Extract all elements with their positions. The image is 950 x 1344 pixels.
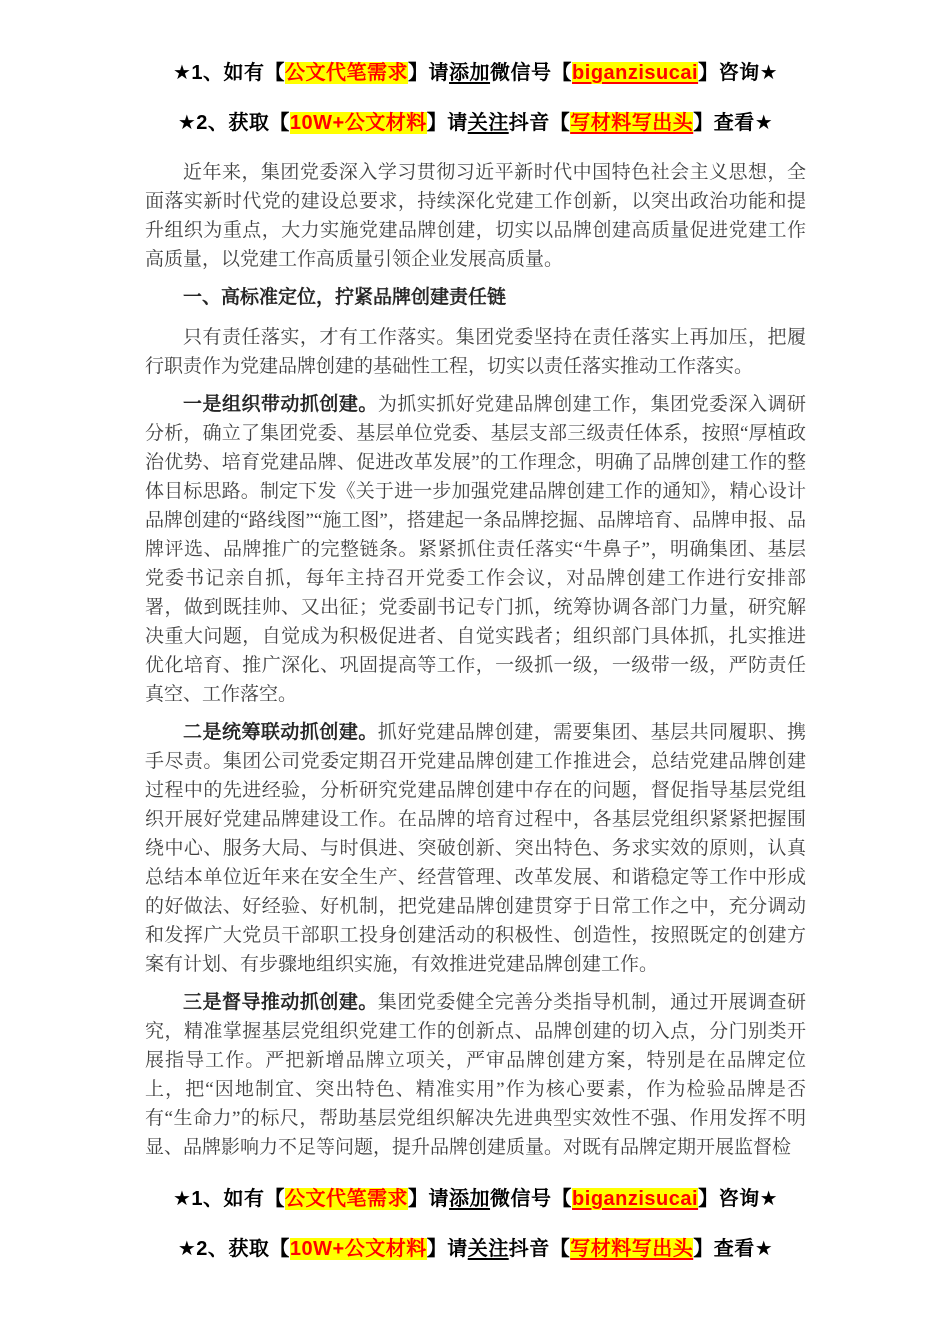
promo-banner-top: ★1、如有【公文代笔需求】请添加微信号【biganzisucai】咨询★ ★2、… bbox=[145, 58, 806, 138]
promo-line-1: ★1、如有【公文代笔需求】请添加微信号【biganzisucai】咨询★ bbox=[145, 1184, 806, 1214]
service-tag-highlight: 公文代笔需求 bbox=[285, 1188, 408, 1210]
paragraph-lead: 二是统筹联动抓创建。 bbox=[183, 722, 378, 743]
paragraph-point-3: 三是督导推动抓创建。集团党委健全完善分类指导机制，通过开展调查研究，精准掌握基层… bbox=[145, 988, 806, 1162]
paragraph-point-2: 二是统筹联动抓创建。抓好党建品牌创建，需要集团、基层共同履职、携手尽责。集团公司… bbox=[145, 718, 806, 979]
promo-text: 】咨询★ bbox=[698, 62, 778, 84]
promo-text: ★1、如有【 bbox=[173, 1188, 285, 1210]
paragraph-text: 集团党委健全完善分类指导机制，通过开展调查研究，精准掌握基层党组织党建工作的创新… bbox=[145, 992, 806, 1158]
paragraph-text: 抓好党建品牌创建，需要集团、基层共同履职、携手尽责。集团公司党委定期召开党建品牌… bbox=[145, 722, 806, 975]
promo-line-1: ★1、如有【公文代笔需求】请添加微信号【biganzisucai】咨询★ bbox=[145, 58, 806, 88]
paragraph-text: 近年来，集团党委深入学习贯彻习近平新时代中国特色社会主义思想，全面落实新时代党的… bbox=[145, 162, 806, 270]
add-action-underlined: 添加 bbox=[449, 1188, 490, 1210]
paragraph: 只有责任落实，才有工作落实。集团党委坚持在责任落实上再加压，把履行职责作为党建品… bbox=[145, 323, 806, 381]
document-page: ★1、如有【公文代笔需求】请添加微信号【biganzisucai】咨询★ ★2、… bbox=[0, 0, 950, 1344]
promo-text: 】查看★ bbox=[693, 1238, 773, 1260]
promo-text: 抖音【 bbox=[509, 1238, 571, 1260]
promo-text: 微信号【 bbox=[490, 1188, 572, 1210]
service-tag-highlight: 公文代笔需求 bbox=[285, 62, 408, 84]
document-body: 近年来，集团党委深入学习贯彻习近平新时代中国特色社会主义思想，全面落实新时代党的… bbox=[145, 158, 806, 1162]
add-action-underlined: 添加 bbox=[449, 62, 490, 84]
douyin-account-link[interactable]: 写材料写出头 bbox=[570, 1238, 693, 1260]
follow-action-underlined: 关注 bbox=[468, 1238, 509, 1260]
paragraph-intro: 近年来，集团党委深入学习贯彻习近平新时代中国特色社会主义思想，全面落实新时代党的… bbox=[145, 158, 806, 274]
material-tag-highlight: 10W+公文材料 bbox=[290, 112, 427, 134]
promo-text: 】请 bbox=[427, 112, 468, 134]
promo-text: 】查看★ bbox=[693, 112, 773, 134]
promo-text: ★2、获取【 bbox=[178, 112, 290, 134]
wechat-id-link[interactable]: biganzisucai bbox=[572, 62, 698, 84]
promo-text: 】咨询★ bbox=[698, 1188, 778, 1210]
promo-text: 抖音【 bbox=[509, 112, 571, 134]
promo-line-2: ★2、获取【10W+公文材料】请关注抖音【写材料写出头】查看★ bbox=[145, 108, 806, 138]
promo-text: 】请 bbox=[408, 62, 449, 84]
promo-text: 微信号【 bbox=[490, 62, 572, 84]
promo-line-2: ★2、获取【10W+公文材料】请关注抖音【写材料写出头】查看★ bbox=[145, 1234, 806, 1264]
paragraph-text: 只有责任落实，才有工作落实。集团党委坚持在责任落实上再加压，把履行职责作为党建品… bbox=[145, 327, 806, 377]
promo-text: ★2、获取【 bbox=[178, 1238, 290, 1260]
douyin-account-link[interactable]: 写材料写出头 bbox=[570, 112, 693, 134]
follow-action-underlined: 关注 bbox=[468, 112, 509, 134]
promo-text: 】请 bbox=[427, 1238, 468, 1260]
promo-text: 】请 bbox=[408, 1188, 449, 1210]
promo-text: ★1、如有【 bbox=[173, 62, 285, 84]
paragraph-point-1: 一是组织带动抓创建。为抓实抓好党建品牌创建工作，集团党委深入调研分析，确立了集团… bbox=[145, 390, 806, 709]
wechat-id-link[interactable]: biganzisucai bbox=[572, 1188, 698, 1210]
promo-banner-bottom: ★1、如有【公文代笔需求】请添加微信号【biganzisucai】咨询★ ★2、… bbox=[145, 1184, 806, 1264]
material-tag-highlight: 10W+公文材料 bbox=[290, 1238, 427, 1260]
paragraph-lead: 三是督导推动抓创建。 bbox=[183, 992, 378, 1013]
paragraph-text: 为抓实抓好党建品牌创建工作，集团党委深入调研分析，确立了集团党委、基层单位党委、… bbox=[145, 394, 806, 705]
paragraph-lead: 一是组织带动抓创建。 bbox=[183, 394, 378, 415]
section-heading-1: 一、高标准定位，拧紧品牌创建责任链 bbox=[145, 283, 806, 312]
heading-text: 一、高标准定位，拧紧品牌创建责任链 bbox=[183, 287, 506, 308]
